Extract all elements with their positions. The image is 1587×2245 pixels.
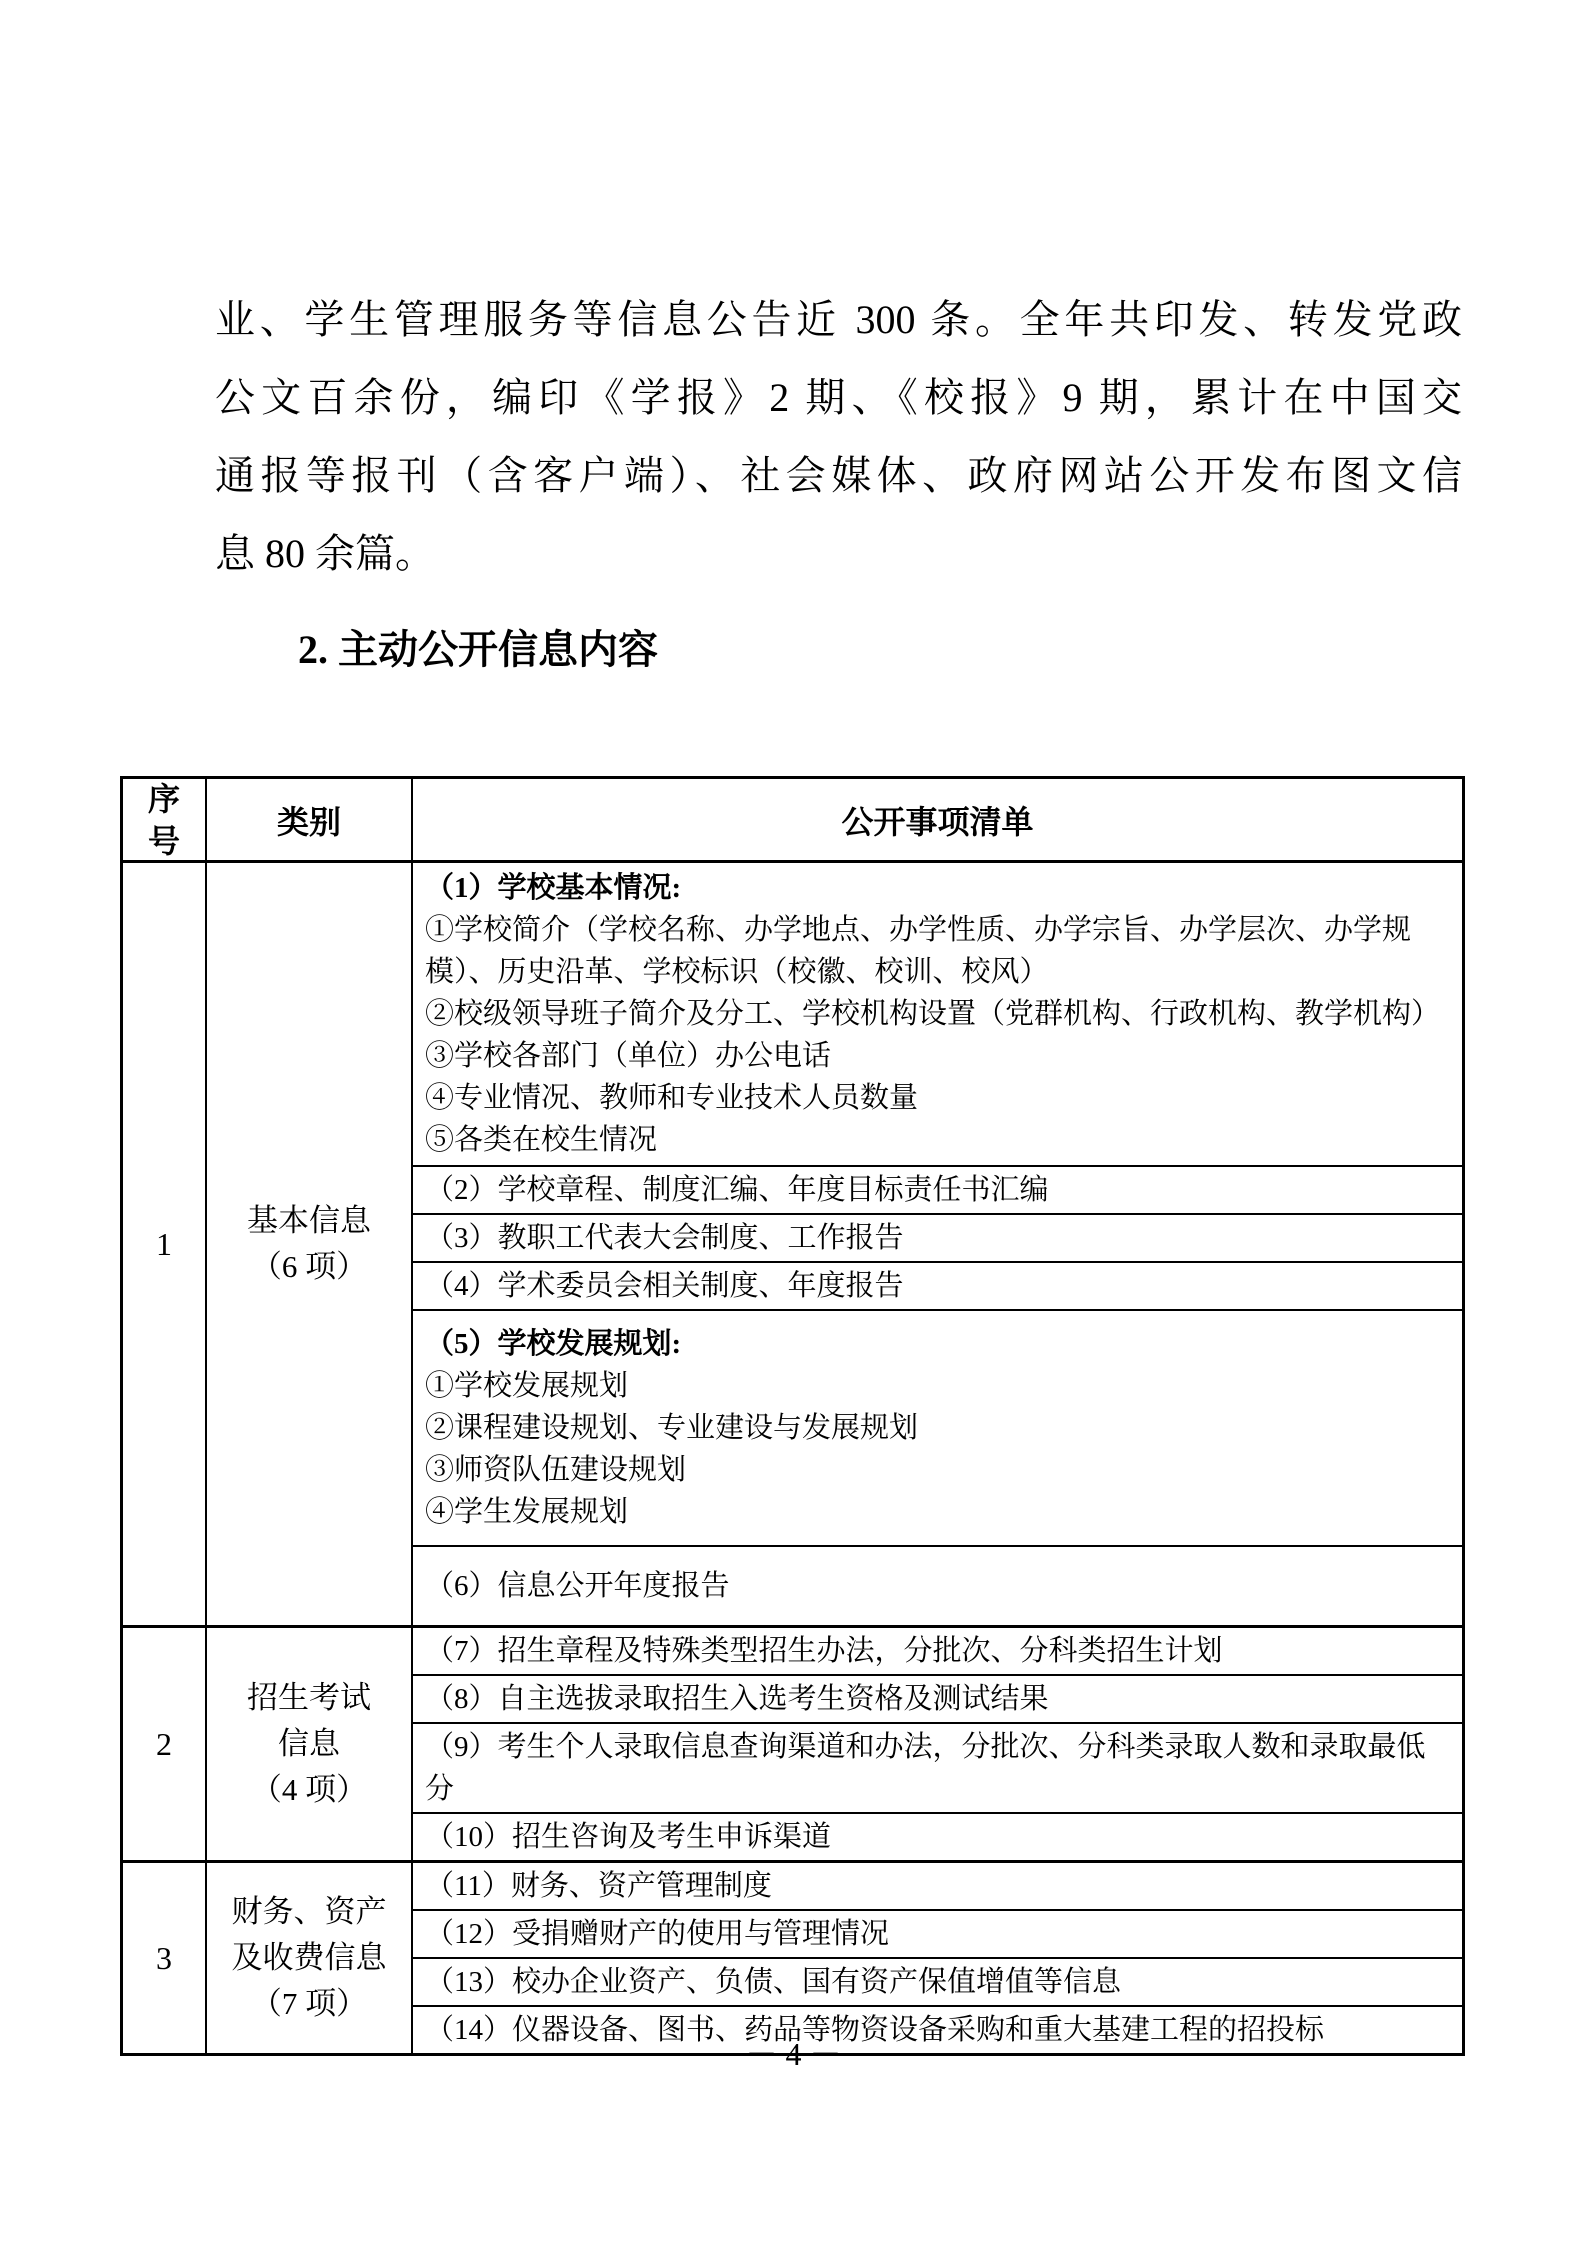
row1-category-lines: 基本信息 （6 项） <box>247 1198 371 1290</box>
table-row-basic-info: 1 基本信息 （6 项） （1）学校基本情况: ①学校简介（学校名称、办学地点、… <box>123 863 1462 1628</box>
row2-category: 招生考试 信息 （4 项） <box>207 1628 413 1860</box>
table-header-row: 序号 类别 公开事项清单 <box>123 779 1462 863</box>
row1-items-column: （1）学校基本情况: ①学校简介（学校名称、办学地点、办学性质、办学宗旨、办学层… <box>413 863 1462 1625</box>
item-5-title: （5）学校发展规划: <box>425 1323 1450 1365</box>
header-cell-items: 公开事项清单 <box>413 779 1462 860</box>
item-1-sub-1: ①学校简介（学校名称、办学地点、办学性质、办学宗旨、办学层次、办学规模）、历史沿… <box>425 909 1450 993</box>
item-10-text: （10）招生咨询及考生申诉渠道 <box>425 1816 1450 1858</box>
item-9-text: （9）考生个人录取信息查询渠道和办法，分批次、分科类录取人数和录取最低分 <box>425 1726 1450 1810</box>
row3-items-column: （11）财务、资产管理制度 （12）受捐赠财产的使用与管理情况 （13）校办企业… <box>413 1863 1462 2053</box>
item-5-sub-4: ④学生发展规划 <box>425 1491 1450 1533</box>
item-cell-7: （7）招生章程及特殊类型招生办法，分批次、分科类招生计划 <box>413 1628 1462 1676</box>
row1-category: 基本信息 （6 项） <box>207 863 413 1625</box>
row3-category: 财务、资产 及收费信息 （7 项） <box>207 1863 413 2053</box>
row3-category-line-1: 财务、资产 <box>232 1889 387 1935</box>
row3-category-line-3: （7 项） <box>232 1981 387 2027</box>
item-2-text: （2）学校章程、制度汇编、年度目标责任书汇编 <box>425 1169 1450 1211</box>
item-5-sub-2: ②课程建设规划、专业建设与发展规划 <box>425 1407 1450 1449</box>
row2-category-lines: 招生考试 信息 （4 项） <box>247 1675 371 1813</box>
body-paragraph: 业、学生管理服务等信息公告近 300 条。全年共印发、转发党政 公文百余份，编印… <box>215 281 1462 593</box>
table-row-finance-info: 3 财务、资产 及收费信息 （7 项） （11）财务、资产管理制度 （12）受捐… <box>123 1863 1462 2053</box>
item-13-text: （13）校办企业资产、负债、国有资产保值增值等信息 <box>425 1961 1450 2003</box>
header-cell-category: 类别 <box>207 779 413 860</box>
section-heading: 2. 主动公开信息内容 <box>298 622 658 678</box>
row2-category-line-2: 信息 <box>247 1721 371 1767</box>
item-5-sub-1: ①学校发展规划 <box>425 1365 1450 1407</box>
header-cell-no: 序号 <box>123 779 207 860</box>
item-5-sub-3: ③师资队伍建设规划 <box>425 1449 1450 1491</box>
item-cell-10: （10）招生咨询及考生申诉渠道 <box>413 1814 1462 1860</box>
item-cell-3: （3）教职工代表大会制度、工作报告 <box>413 1215 1462 1263</box>
item-1-sub-5: ⑤各类在校生情况 <box>425 1119 1450 1161</box>
item-8-text: （8）自主选拔录取招生入选考生资格及测试结果 <box>425 1678 1450 1720</box>
row1-category-line-1: 基本信息 <box>247 1198 371 1244</box>
body-text-line-1: 业、学生管理服务等信息公告近 300 条。全年共印发、转发党政 <box>215 281 1462 359</box>
item-1-sub-4: ④专业情况、教师和专业技术人员数量 <box>425 1077 1450 1119</box>
page-number: － 4 － <box>0 2032 1587 2076</box>
item-4-text: （4）学术委员会相关制度、年度报告 <box>425 1265 1450 1307</box>
item-12-text: （12）受捐赠财产的使用与管理情况 <box>425 1913 1450 1955</box>
item-cell-1: （1）学校基本情况: ①学校简介（学校名称、办学地点、办学性质、办学宗旨、办学层… <box>413 863 1462 1167</box>
row3-category-line-2: 及收费信息 <box>232 1935 387 1981</box>
item-cell-9: （9）考生个人录取信息查询渠道和办法，分批次、分科类录取人数和录取最低分 <box>413 1724 1462 1814</box>
item-cell-8: （8）自主选拔录取招生入选考生资格及测试结果 <box>413 1676 1462 1724</box>
body-text-line-2: 公文百余份，编印《学报》2 期、《校报》9 期，累计在中国交 <box>215 359 1462 437</box>
item-cell-5: （5）学校发展规划: ①学校发展规划 ②课程建设规划、专业建设与发展规划 ③师资… <box>413 1311 1462 1547</box>
row2-category-line-1: 招生考试 <box>247 1675 371 1721</box>
item-6-text: （6）信息公开年度报告 <box>425 1565 1450 1607</box>
header-no-label: 序号 <box>146 778 182 862</box>
item-cell-4: （4）学术委员会相关制度、年度报告 <box>413 1263 1462 1311</box>
row2-category-line-3: （4 项） <box>247 1767 371 1813</box>
item-11-text: （11）财务、资产管理制度 <box>425 1865 1450 1907</box>
body-text-line-3: 通报等报刊（含客户端）、社会媒体、政府网站公开发布图文信 <box>215 437 1462 515</box>
item-7-text: （7）招生章程及特殊类型招生办法，分批次、分科类招生计划 <box>425 1630 1450 1672</box>
disclosure-items-table: 序号 类别 公开事项清单 1 基本信息 （6 项） （1）学校基本情况: ①学校… <box>120 776 1465 2056</box>
row3-category-lines: 财务、资产 及收费信息 （7 项） <box>232 1889 387 2027</box>
item-cell-6: （6）信息公开年度报告 <box>413 1547 1462 1625</box>
item-cell-13: （13）校办企业资产、负债、国有资产保值增值等信息 <box>413 1959 1462 2007</box>
item-1-title: （1）学校基本情况: <box>425 867 1450 909</box>
item-cell-11: （11）财务、资产管理制度 <box>413 1863 1462 1911</box>
table-row-admission-info: 2 招生考试 信息 （4 项） （7）招生章程及特殊类型招生办法，分批次、分科类… <box>123 1628 1462 1863</box>
row2-number: 2 <box>123 1628 207 1860</box>
row1-number: 1 <box>123 863 207 1625</box>
item-1-sub-2: ②校级领导班子简介及分工、学校机构设置（党群机构、行政机构、教学机构） <box>425 993 1450 1035</box>
row1-category-line-2: （6 项） <box>247 1244 371 1290</box>
item-cell-12: （12）受捐赠财产的使用与管理情况 <box>413 1911 1462 1959</box>
row2-items-column: （7）招生章程及特殊类型招生办法，分批次、分科类招生计划 （8）自主选拔录取招生… <box>413 1628 1462 1860</box>
row3-number: 3 <box>123 1863 207 2053</box>
item-cell-2: （2）学校章程、制度汇编、年度目标责任书汇编 <box>413 1167 1462 1215</box>
item-1-sub-3: ③学校各部门（单位）办公电话 <box>425 1035 1450 1077</box>
body-text-line-4: 息 80 余篇。 <box>215 515 1462 593</box>
item-3-text: （3）教职工代表大会制度、工作报告 <box>425 1217 1450 1259</box>
